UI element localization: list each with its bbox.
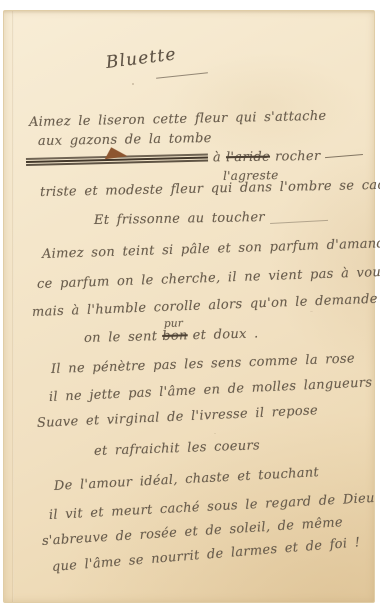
poem-line-8: mais à l'humble corolle alors qu'on le d… (32, 292, 378, 320)
poem-line-13: et rafraichit les coeurs (94, 438, 260, 459)
correction-group: purbon (162, 328, 188, 344)
line3-post: rocher (275, 149, 321, 165)
paper-speck (310, 311, 313, 312)
paper-speck (132, 83, 134, 85)
paper-speck (214, 433, 216, 434)
paper-edge-shadow (4, 11, 374, 14)
poem-line-1: Aimez le liseron cette fleur qui s'attac… (29, 109, 327, 130)
struck-word: bon (162, 328, 188, 344)
poem-line-12: Suave et virginal de l'ivresse il repose (37, 403, 319, 431)
poem-title: Bluette (105, 44, 178, 73)
poem-line-6: Aimez son teint si pâle et son parfum d'… (42, 236, 380, 262)
manuscript-paper: Bluette Aimez le liseron cette fleur qui… (3, 10, 375, 603)
line3-pre: à (213, 150, 221, 165)
poem-line-5: Et frissonne au toucher (94, 209, 333, 228)
poem-line-10: Il ne pénètre pas les sens comme la rose (51, 351, 355, 377)
inserted-word-pur: pur (164, 317, 183, 329)
poem-line-7: ce parfum on le cherche, il ne vient pas… (37, 265, 380, 292)
title-flourish (156, 72, 208, 78)
pen-flourish (270, 220, 328, 224)
strike-tail (325, 154, 363, 158)
paper-crease (12, 11, 14, 602)
scratched-out-text (26, 153, 208, 166)
manuscript-photo: Bluette Aimez le liseron cette fleur qui… (0, 0, 380, 610)
line9-pre: on le sent (84, 329, 158, 346)
poem-line-3: àl'ariderocher (26, 148, 369, 168)
poem-line-4: triste et modeste fleur qui dans l'ombre… (40, 177, 380, 200)
ink-blot (103, 145, 127, 159)
struck-word: l'aride (226, 150, 270, 166)
poem-line-9: on le sentpurbonet doux . (84, 326, 264, 346)
poem-line-14: De l'amour idéal, chaste et touchant (54, 465, 320, 494)
poem-line-11: il ne jette pas l'âme en de molles langu… (49, 375, 373, 405)
line9-post: et doux . (192, 326, 258, 343)
line5-text: Et frissonne au toucher (94, 210, 265, 228)
